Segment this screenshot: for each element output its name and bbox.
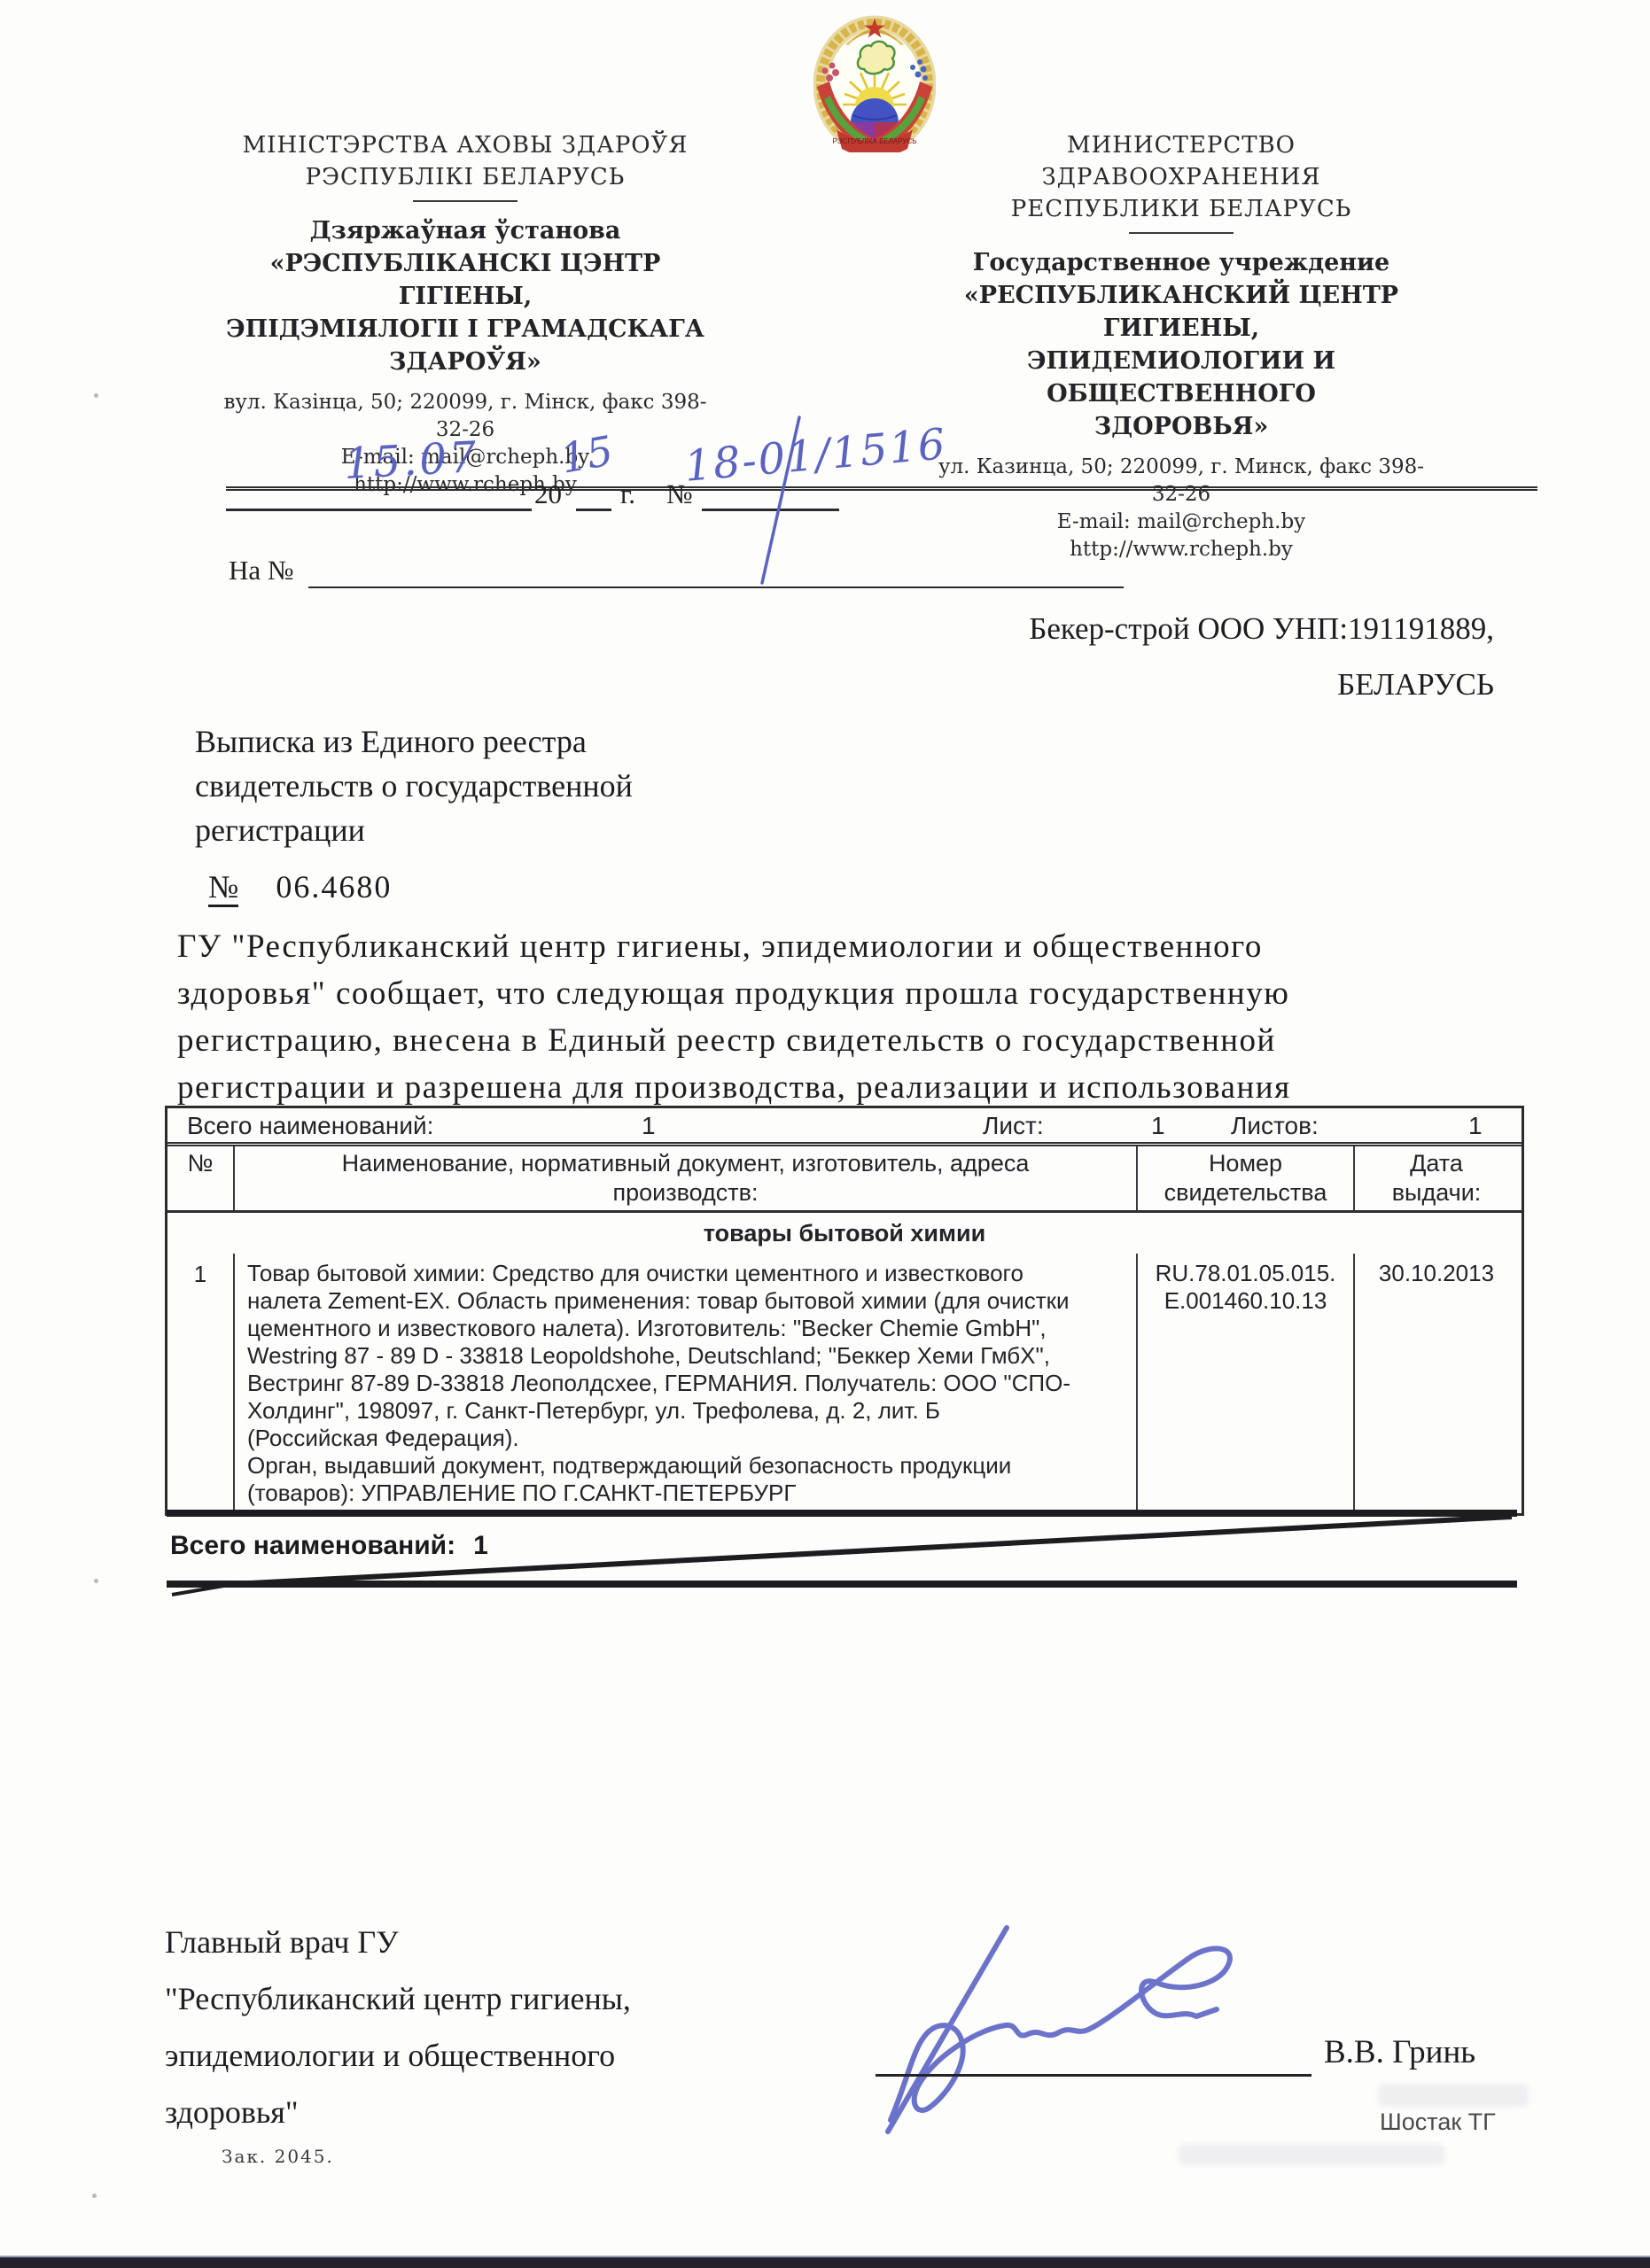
letterhead-left-divider: [413, 200, 518, 202]
organization-name-by: Дзяржаўная ўстанова «РЭСПУБЛІКАНСКІ ЦЭНТ…: [222, 214, 709, 378]
organization-name-ru: Государственное учреждение «РЕСПУБЛИКАНС…: [938, 246, 1425, 443]
col-header-name: Наименование, нормативный документ, изго…: [235, 1146, 1138, 1210]
category-row: товары бытовой химии: [167, 1213, 1522, 1254]
sheet-value: 1: [1151, 1112, 1165, 1140]
sheet-label: Лист:: [983, 1112, 1044, 1140]
registry-table: Всего наименований: 1 Лист: 1 Листов: 1 …: [165, 1106, 1524, 1516]
pen-stroke: [753, 415, 810, 587]
date-underline: [226, 509, 532, 511]
belarus-map-outline: [858, 42, 895, 74]
document-title: Выписка из Единого реестра свидетельств …: [195, 719, 633, 852]
year-prefix: 20: [534, 478, 562, 510]
contacts-ru: ул. Казинца, 50; 220099, г. Минск, факс …: [938, 454, 1425, 563]
footer-total-value: 1: [473, 1531, 488, 1560]
signer-name: В.В. Гринь: [1324, 2033, 1475, 2071]
scan-speck: [92, 2194, 97, 2198]
row-issue-date: 30.10.2013: [1355, 1254, 1518, 1513]
scan-edge-bar: [0, 2256, 1650, 2268]
scan-speck: [94, 1579, 98, 1583]
handwritten-date: 15.07: [343, 432, 480, 489]
document-number-line: №06.4680: [208, 868, 392, 905]
row-certificate-number: RU.78.01.05.015. Е.001460.10.13: [1138, 1254, 1355, 1513]
ink-bleed-artifact: [1179, 2144, 1444, 2165]
table-summary-row: Всего наименований: 1 Лист: 1 Листов: 1: [167, 1108, 1522, 1146]
col-header-number: №: [167, 1146, 235, 1210]
footer-total-label: Всего наименований:: [170, 1531, 455, 1560]
handwritten-year: 15: [557, 426, 617, 482]
letterhead-right-divider: [1129, 232, 1234, 234]
scan-speck: [94, 393, 98, 398]
belarus-coat-of-arms-emblem: РЭСПУБЛІКА БЕЛАРУСЬ: [813, 11, 936, 152]
ink-bleed-artifact: [1378, 2084, 1529, 2107]
table-row: 1 Товар бытовой химии: Средство для очис…: [167, 1254, 1522, 1513]
ribbon-text: РЭСПУБЛІКА БЕЛАРУСЬ: [832, 137, 916, 145]
reference-underline: [308, 586, 1124, 588]
sheets-label: Листов:: [1231, 1112, 1319, 1140]
year-underline: [576, 509, 611, 511]
total-items-label: Всего наименований:: [187, 1112, 433, 1140]
document-number: 06.4680: [276, 869, 392, 905]
sheets-value: 1: [1468, 1112, 1483, 1140]
handwritten-outgoing-number: 18-01/1516: [682, 419, 948, 492]
document-number-sign: №: [208, 869, 238, 907]
year-suffix: г.: [620, 478, 635, 510]
letterhead-rule: [226, 486, 1537, 491]
row-description: Товар бытовой химии: Средство для очистк…: [235, 1254, 1138, 1513]
ministry-name-ru: МИНИСТЕРСТВО ЗДРАВООХРАНЕНИЯ РЕСПУБЛИКИ …: [938, 129, 1425, 225]
row-number: 1: [167, 1254, 235, 1513]
body-paragraph: ГУ "Республиканский центр гигиены, эпиде…: [177, 923, 1533, 1111]
letterhead-right: МИНИСТЕРСТВО ЗДРАВООХРАНЕНИЯ РЕСПУБЛИКИ …: [938, 129, 1425, 563]
recipient-address: Бекер-строй ООО УНП:191191889, БЕЛАРУСЬ: [877, 601, 1494, 712]
ministry-name-by: МІНІСТЭРСТВА АХОВЫ ЗДАРОЎЯ РЭСПУБЛІКІ БЕ…: [222, 129, 709, 193]
total-items-value: 1: [642, 1112, 656, 1140]
col-header-issue-date: Дата выдачи:: [1355, 1146, 1518, 1210]
order-number: Зак. 2045.: [222, 2146, 334, 2167]
scanned-document-page: РЭСПУБЛІКА БЕЛАРУСЬ МІНІСТЭРСТВА АХОВЫ З…: [0, 0, 1650, 2268]
footer-total-line: Всего наименований:1: [170, 1531, 488, 1561]
reference-label: На №: [229, 555, 293, 586]
col-header-certificate: Номер свидетельства: [1138, 1146, 1355, 1210]
signature-line: [876, 2074, 1311, 2077]
table-header-row: № Наименование, нормативный документ, из…: [167, 1146, 1522, 1213]
executor-name: Шостак ТГ: [1380, 2109, 1496, 2136]
handwritten-signature: [873, 1921, 1298, 2160]
signer-position: Главный врач ГУ "Республиканский центр г…: [165, 1914, 838, 2140]
